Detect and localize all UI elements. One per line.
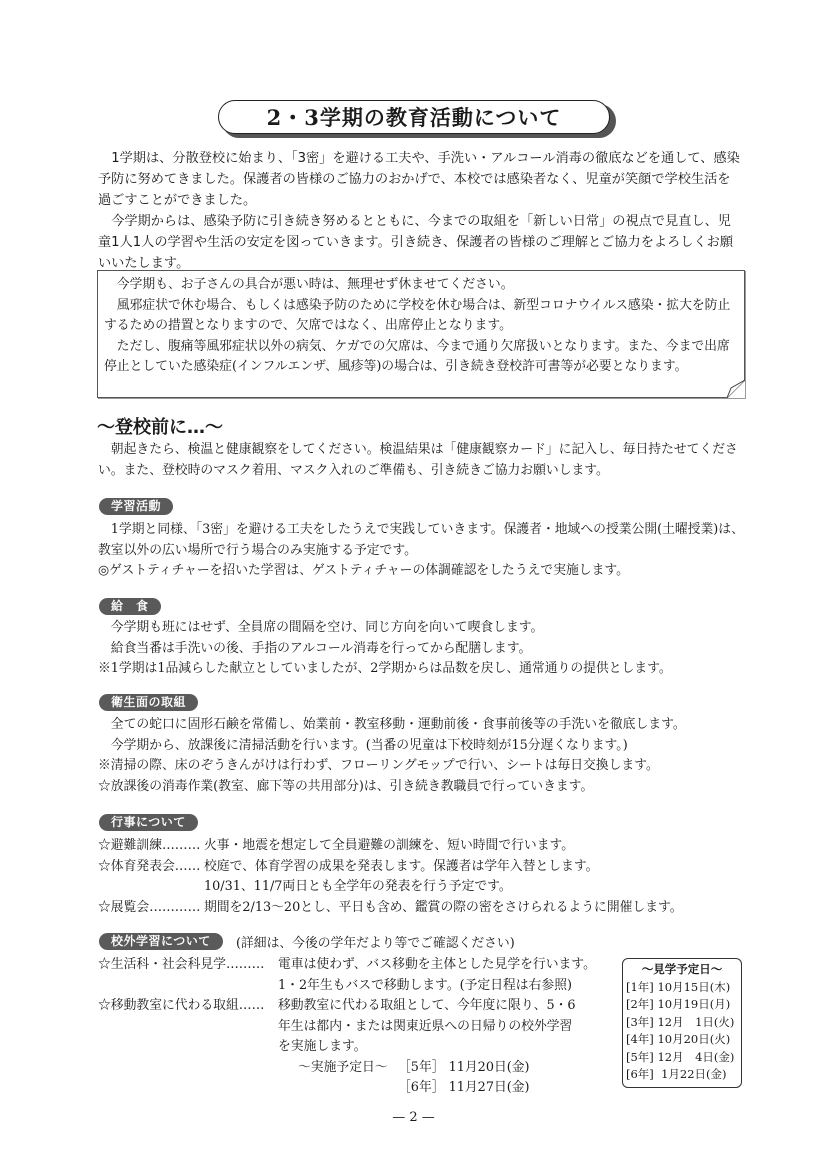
intro-paragraph-2: 今学期からは、感染予防に引き続き努めるとともに、今までの取組を「新しい日常」の視… bbox=[98, 211, 740, 274]
event-label bbox=[98, 877, 204, 898]
field-trip-text: 電車は使わず、バス移動を主体とした見学を行います。 bbox=[278, 955, 596, 976]
lunch-line-2: 給食当番は手洗いの後、手指のアルコール消毒を行ってから配膳します。 bbox=[98, 639, 748, 660]
event-text: 校庭で、体育学習の成果を発表します。保護者は学年入替とします。 bbox=[204, 857, 598, 878]
notice-line-2: 風邪症状で休む場合、もしくは感染予防のために学校を休む場合は、新型コロナウイルス… bbox=[104, 296, 738, 337]
field-trips-badge: 校外学習について bbox=[99, 933, 223, 950]
event-label: ☆避難訓練……… bbox=[98, 836, 204, 857]
planned-date-row: ［6年］ 11月27日(金) bbox=[98, 1078, 618, 1099]
schedule-row: [4年] 10月20日(火) bbox=[623, 1031, 741, 1049]
event-item: ☆展覧会………… 期間を2/13～20とし、平日も含め、鑑賞の際の密をさけられる… bbox=[98, 898, 748, 919]
planned-date: ［5年］ 11月20日(金) bbox=[398, 1058, 530, 1079]
schedule-box: ～見学予定日～ [1年] 10月15日(木) [2年] 10月19日(月) [3… bbox=[622, 958, 742, 1088]
learning-section: 1学期と同様、「3密」を避ける工夫をしたうえで実践していきます。保護者・地域への… bbox=[98, 520, 748, 582]
folded-corner-icon bbox=[727, 380, 745, 398]
notice-box: 今学期も、お子さんの具合が悪い時は、無理せず休ませてください。 風邪症状で休む場… bbox=[97, 270, 745, 398]
events-section: ☆避難訓練……… 火事・地震を想定して全員避難の訓練を、短い時間で行います。 ☆… bbox=[98, 836, 748, 918]
before-school-heading: ～登校前に…～ bbox=[97, 413, 223, 439]
field-trip-text: 1・2年生もバスで移動します。(予定日程は右参照) bbox=[278, 976, 572, 997]
field-trip-item: 年生は都内・または関東近県への日帰りの校外学習 bbox=[98, 1017, 618, 1038]
event-label: ☆展覧会………… bbox=[98, 898, 204, 919]
title-banner: 2・3学期の教育活動について bbox=[218, 100, 616, 140]
planned-label: ～実施予定日～ bbox=[98, 1058, 398, 1079]
field-trips-note: (詳細は、今後の学年だより等でご確認ください) bbox=[236, 932, 515, 951]
page-number: — 2 — bbox=[0, 1110, 827, 1125]
schedule-row: [2年] 10月19日(月) bbox=[623, 996, 741, 1014]
event-item: 10/31、11/7両日とも全学年の発表を行う予定です。 bbox=[98, 877, 748, 898]
lunch-section: 今学期も班にはせず、全員席の間隔を空け、同じ方向を向いて喫食します。 給食当番は… bbox=[98, 618, 748, 680]
before-school-section: 朝起きたら、検温と健康観察をしてください。検温結果は「健康観察カード」に記入し、… bbox=[98, 440, 748, 481]
field-trip-item: 1・2年生もバスで移動します。(予定日程は右参照) bbox=[98, 976, 618, 997]
notice-line-1: 今学期も、お子さんの具合が悪い時は、無理せず休ませてください。 bbox=[104, 275, 738, 296]
hygiene-badge: 衛生面の取組 bbox=[99, 694, 198, 711]
field-trip-item: ☆生活科・社会科見学……… 電車は使わず、バス移動を主体とした見学を行います。 bbox=[98, 955, 618, 976]
hygiene-line-2: 今学期から、放課後に清掃活動を行います。(当番の児童は下校時刻が15分遅くなりま… bbox=[98, 736, 748, 757]
lunch-line-1: 今学期も班にはせず、全員席の間隔を空け、同じ方向を向いて喫食します。 bbox=[98, 618, 748, 639]
lunch-line-3: ※1学期は1品減らした献立としていましたが、2学期からは品数を戻し、通常通りの提… bbox=[98, 659, 748, 680]
event-item: ☆体育発表会…… 校庭で、体育学習の成果を発表します。保護者は学年入替とします。 bbox=[98, 857, 748, 878]
learning-line-2: ◎ゲストティチャーを招いた学習は、ゲストティチャーの体調確認をしたうえで実施しま… bbox=[98, 561, 748, 582]
schedule-row: [5年] 12月 4日(金) bbox=[623, 1049, 741, 1067]
event-text: 火事・地震を想定して全員避難の訓練を、短い時間で行います。 bbox=[204, 836, 574, 857]
lunch-badge: 給 食 bbox=[99, 598, 161, 615]
hygiene-section: 全ての蛇口に固形石鹸を常備し、始業前・教室移動・運動前後・食事前後等の手洗いを徹… bbox=[98, 715, 748, 797]
hygiene-line-1: 全ての蛇口に固形石鹸を常備し、始業前・教室移動・運動前後・食事前後等の手洗いを徹… bbox=[98, 715, 748, 736]
schedule-title: ～見学予定日～ bbox=[623, 961, 741, 979]
event-text: 10/31、11/7両日とも全学年の発表を行う予定です。 bbox=[204, 877, 512, 898]
field-trip-label bbox=[98, 976, 278, 997]
field-trip-label: ☆生活科・社会科見学……… bbox=[98, 955, 278, 976]
field-trip-label: ☆移動教室に代わる取組…… bbox=[98, 996, 278, 1017]
event-label: ☆体育発表会…… bbox=[98, 857, 204, 878]
field-trips-section: ☆生活科・社会科見学……… 電車は使わず、バス移動を主体とした見学を行います。 … bbox=[98, 955, 618, 1099]
notice-line-3: ただし、腹痛等風邪症状以外の病気、ケガでの欠席は、今まで通り欠席扱いとなります。… bbox=[104, 337, 738, 378]
field-trip-item: ☆移動教室に代わる取組…… 移動教室に代わる取組として、今年度に限り、5・6 bbox=[98, 996, 618, 1017]
planned-date-row: ～実施予定日～ ［5年］ 11月20日(金) bbox=[98, 1058, 618, 1079]
field-trip-text: 移動教室に代わる取組として、今年度に限り、5・6 bbox=[278, 996, 576, 1017]
field-trip-label bbox=[98, 1037, 278, 1058]
field-trip-label bbox=[98, 1017, 278, 1038]
page-title: 2・3学期の教育活動について bbox=[218, 100, 610, 134]
learning-badge: 学習活動 bbox=[99, 498, 173, 515]
hygiene-line-4: ☆放課後の消毒作業(教室、廊下等の共用部分)は、引き続き教職員で行っていきます。 bbox=[98, 777, 748, 798]
field-trip-text: を実施します。 bbox=[278, 1037, 367, 1058]
intro-section: 1学期は、分散登校に始まり、「3密」を避ける工夫や、手洗い・アルコール消毒の徹底… bbox=[98, 148, 740, 274]
intro-paragraph-1: 1学期は、分散登校に始まり、「3密」を避ける工夫や、手洗い・アルコール消毒の徹底… bbox=[98, 148, 740, 211]
learning-line-1: 1学期と同様、「3密」を避ける工夫をしたうえで実践していきます。保護者・地域への… bbox=[98, 520, 748, 561]
before-school-text: 朝起きたら、検温と健康観察をしてください。検温結果は「健康観察カード」に記入し、… bbox=[98, 440, 748, 481]
field-trip-text: 年生は都内・または関東近県への日帰りの校外学習 bbox=[278, 1017, 572, 1038]
planned-date: ［6年］ 11月27日(金) bbox=[398, 1078, 530, 1099]
event-text: 期間を2/13～20とし、平日も含め、鑑賞の際の密をさけられるように開催します。 bbox=[204, 898, 683, 919]
schedule-row: [3年] 12月 1日(火) bbox=[623, 1014, 741, 1032]
schedule-row: [6年] 1月22日(金) bbox=[623, 1066, 741, 1084]
schedule-row: [1年] 10月15日(木) bbox=[623, 979, 741, 997]
event-item: ☆避難訓練……… 火事・地震を想定して全員避難の訓練を、短い時間で行います。 bbox=[98, 836, 748, 857]
hygiene-line-3: ※清掃の際、床のぞうきんがけは行わず、フローリングモップで行い、シートは毎日交換… bbox=[98, 756, 748, 777]
events-badge: 行事について bbox=[99, 814, 198, 831]
field-trip-item: を実施します。 bbox=[98, 1037, 618, 1058]
